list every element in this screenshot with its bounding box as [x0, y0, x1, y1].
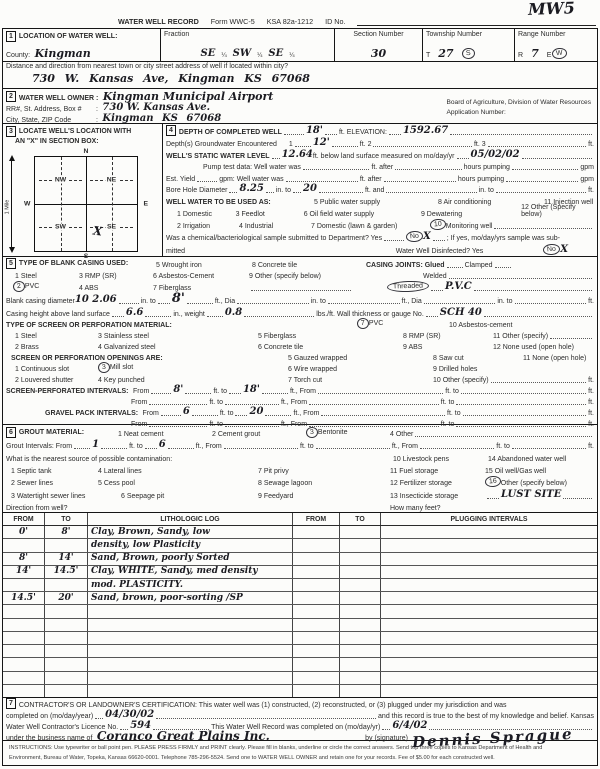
location-title: LOCATION OF WATER WELL:	[19, 33, 118, 40]
instructions-line-2: Environment, Bureau of Water, Topeka, Ka…	[9, 754, 591, 764]
log-to	[45, 539, 88, 551]
plug-from	[293, 553, 340, 565]
contamination-option: 4 Lateral lines	[98, 468, 258, 475]
ft-from-label: ft., From	[290, 388, 316, 395]
dotted-leader	[272, 152, 280, 159]
ft-label: ft.	[588, 298, 594, 305]
direction-from-well-label: Direction from well?	[6, 505, 390, 512]
plug-to	[340, 553, 381, 565]
clamped-option: Clamped	[465, 262, 493, 269]
from-label: From	[143, 410, 159, 417]
dotted-leader	[112, 310, 124, 317]
ft-and-label: ft. and	[365, 187, 384, 194]
plug-from	[293, 579, 340, 591]
log-row: 14'14.5'Clay, WHITE, Sandy, med density	[3, 566, 597, 579]
fraction-cell: Fraction SE¼ SW¼ SE¼	[161, 29, 335, 61]
dotted-leader	[192, 409, 218, 416]
locate-title-2: AN "X" IN SECTION BOX:	[5, 137, 160, 146]
log-row-empty	[3, 632, 597, 645]
casing-title: TYPE OF BLANK CASING USED:	[19, 260, 128, 267]
casing-diameter-label: Blank casing diameter	[6, 298, 75, 305]
quadrant-ne: NE	[105, 177, 118, 184]
grout-interval-to: 6	[159, 440, 166, 450]
township-direction-circled: S	[461, 47, 475, 59]
township-value: 27	[438, 48, 453, 59]
plug-from	[293, 526, 340, 538]
dotted-leader	[149, 398, 207, 405]
business-name-label: under the business name of	[6, 735, 92, 742]
quarter-2: ¼	[257, 53, 262, 59]
section-well-depth: 4DEPTH OF COMPLETED WELL18'ft. ELEVATION…	[163, 124, 597, 256]
plug-from	[293, 539, 340, 551]
compass-north: N	[84, 148, 89, 155]
statute: KSA 82a-1212	[267, 17, 313, 26]
col-lithologic-log: LITHOLOGIC LOG	[88, 513, 293, 525]
fraction-3: SE	[268, 49, 283, 59]
plug-from	[293, 592, 340, 604]
ft-to-label: ft. to	[441, 399, 455, 406]
col-to-2: TO	[340, 513, 381, 525]
log-row: mod. PLASTICITY.	[3, 579, 597, 592]
plug-to	[340, 526, 381, 538]
contamination-option: 5 Cess pool	[98, 480, 258, 487]
ft-dia-label: ft., Dia	[402, 298, 422, 305]
section4-number: 4	[166, 125, 176, 136]
dotted-leader	[328, 297, 400, 304]
dotted-leader	[224, 442, 298, 449]
ft-label: ft.	[588, 141, 594, 148]
quarter-3: ¼	[289, 53, 294, 59]
ft-to-label: ft. to	[129, 443, 143, 450]
log-row: density, low Plasticity	[3, 539, 597, 552]
log-desc: Sand, brown, poor-sorting /SP	[88, 592, 293, 604]
form-number: Form WWC-5	[211, 17, 255, 26]
hours-pumping-label: hours pumping	[464, 164, 510, 171]
owner-city-value: Kingman KS 67068	[102, 114, 221, 124]
opening-option: 8 Saw cut	[433, 355, 523, 362]
dotted-leader	[420, 442, 494, 449]
dotted-leader	[456, 398, 586, 405]
dotted-leader	[284, 128, 304, 135]
screen-pvc-number-circled: 7	[357, 317, 370, 329]
sample-x-mark: X	[423, 232, 431, 242]
lithologic-log-table: FROM TO LITHOLOGIC LOG FROM TO PLUGGING …	[3, 513, 597, 698]
dotted-leader	[229, 186, 237, 193]
log-table-header: FROM TO LITHOLOGIC LOG FROM TO PLUGGING …	[3, 513, 597, 526]
casing-joints-label: CASING JOINTS: Glued	[366, 262, 445, 269]
mill-slot-number-circled: 3	[98, 361, 111, 373]
dotted-leader	[235, 409, 247, 416]
screen-option: 4 Galvanized steel	[98, 344, 258, 351]
dotted-leader	[158, 297, 170, 304]
section2-number: 2	[6, 91, 16, 102]
dotted-leader	[145, 310, 171, 317]
screen-option: 1 Steel	[15, 333, 98, 340]
casing-option: 5 Wrought iron	[156, 262, 252, 269]
owner-address-value: 730 W. Kansas Ave.	[102, 103, 210, 113]
dotted-leader	[262, 387, 288, 394]
colon-2: :	[96, 117, 98, 124]
dotted-leader	[431, 284, 443, 291]
use-option: 7 Domestic (lawn & garden)	[311, 223, 430, 230]
gravel-pack-from: 6	[183, 407, 190, 417]
contamination-option: 13 Insecticide storage	[390, 493, 485, 500]
log-to: 14.5'	[45, 566, 88, 578]
ft-from-label: ft., From	[293, 410, 319, 417]
opening-option: 11 None (open hole)	[523, 355, 586, 362]
quadrant-nw: NW	[53, 177, 68, 184]
how-many-feet-label: How many feet?	[390, 505, 441, 512]
log-row-empty	[3, 645, 597, 658]
dotted-leader	[316, 442, 390, 449]
county-value: Kingman	[35, 48, 91, 59]
ft-to-label: ft. to	[209, 399, 223, 406]
ft-label: ft.	[588, 187, 594, 194]
groundwater-label: Depth(s) Groundwater Encountered	[166, 141, 277, 148]
gravel-pack-label: GRAVEL PACK INTERVALS:	[45, 410, 138, 417]
range-label: Range Number	[518, 31, 594, 38]
groundwater-1-value: 12'	[313, 138, 330, 148]
dotted-leader	[225, 398, 279, 405]
id-label: ID No.	[325, 17, 345, 26]
well-id-handwritten: MW5	[528, 0, 575, 18]
contamination-question: What is the nearest source of possible c…	[6, 456, 393, 463]
ft-label: ft.	[588, 410, 594, 417]
elevation-value: 1592.67	[403, 126, 448, 136]
log-to	[45, 579, 88, 591]
dotted-leader	[74, 442, 90, 449]
in-to-label: in. to	[497, 298, 512, 305]
dotted-leader	[395, 163, 461, 170]
casing-diameter-value: 10 2.06	[75, 295, 117, 305]
section-grid: N S W E NW NE SW	[34, 156, 138, 252]
dotted-leader	[168, 442, 194, 449]
log-desc: Clay, WHITE, Sandy, med density	[88, 566, 293, 578]
section-number-value: 30	[371, 48, 386, 59]
owner-name: Kingman Municipal Airport	[103, 91, 274, 102]
opening-option: 5 Gauzed wrapped	[288, 355, 433, 362]
county-label: County:	[6, 52, 30, 59]
distance-label: Distance and direction from nearest town…	[6, 63, 594, 70]
log-from: 14'	[3, 566, 45, 578]
yield-mid-label: gpm: Well water was	[219, 176, 283, 183]
dotted-leader	[265, 409, 291, 416]
quadrant-se: SE	[105, 224, 118, 231]
dotted-leader	[325, 128, 337, 135]
distance-row: Distance and direction from nearest town…	[3, 62, 597, 89]
sample-no-circled: No	[406, 230, 424, 242]
well-location-x-mark: X	[92, 224, 103, 237]
dotted-leader	[319, 186, 363, 193]
bentonite-number-circled: 3	[306, 426, 319, 438]
sample-tail: ; If yes, mo/day/yrs sample was sub-	[447, 235, 560, 242]
dotted-leader	[415, 430, 592, 437]
section-locate-and-depth: 3LOCATE WELL'S LOCATION WITH AN "X" IN S…	[3, 124, 597, 257]
log-row-empty	[3, 619, 597, 632]
dotted-leader	[487, 492, 499, 499]
plug-desc	[381, 579, 597, 591]
township-prefix: T	[426, 52, 430, 59]
screen-interval-from: 8'	[173, 385, 183, 395]
log-row: 8'14'Sand, Brown, poorly Sorted	[3, 553, 597, 566]
scale-line	[11, 161, 12, 247]
use-label: WELL WATER TO BE USED AS:	[166, 199, 314, 206]
contamination-option: 1 Septic tank	[11, 468, 98, 475]
measured-date-value: 05/02/02	[471, 150, 520, 160]
ft-dia-label: ft., Dia	[215, 298, 235, 305]
water-well-record-form: MW5 WATER WELL RECORD Form WWC-5 KSA 82a…	[0, 0, 600, 769]
after-label: ft. after	[371, 164, 393, 171]
grout-option: 4 Other	[390, 431, 413, 438]
dotted-leader	[512, 163, 578, 170]
certification-text: CONTRACTOR'S OR LANDOWNER'S CERTIFICATIO…	[19, 702, 507, 709]
locate-title-1: LOCATE WELL'S LOCATION WITH	[19, 128, 131, 135]
log-desc: Clay, Brown, Sandy, low	[88, 526, 293, 538]
casing-weight-value: 0.8	[225, 308, 242, 318]
board-of-agriculture-line: Board of Agriculture, Division of Water …	[446, 98, 591, 108]
dotted-leader	[266, 186, 274, 193]
form-title: WATER WELL RECORD	[118, 17, 199, 26]
plug-desc	[381, 566, 597, 578]
plug-desc	[381, 539, 597, 551]
static-water-level-label: WELL'S STATIC WATER LEVEL	[166, 153, 270, 160]
screen-option: 8 RMP (SR)	[403, 333, 493, 340]
dotted-leader	[515, 297, 587, 304]
section5-number: 5	[6, 258, 16, 269]
completed-date-value: 04/30/02	[105, 710, 154, 720]
dotted-leader	[457, 152, 469, 159]
dotted-leader	[207, 310, 223, 317]
dotted-leader	[495, 261, 511, 268]
log-row: 0'8'Clay, Brown, Sandy, low	[3, 526, 597, 539]
dotted-leader	[185, 387, 211, 394]
screen-option: 2 Brass	[15, 344, 98, 351]
township-cell: Township Number T27S	[423, 29, 515, 61]
range-cell: Range Number R7EW	[515, 29, 597, 61]
business-name-value: Coranco Great Plains Inc.	[97, 730, 270, 742]
log-row-empty	[3, 685, 597, 697]
section-number-label: Section Number	[353, 31, 403, 38]
other-contamination-option: Other (specify below)	[501, 480, 567, 487]
section-casing: 5TYPE OF BLANK CASING USED:5 Wrought iro…	[3, 257, 597, 425]
contamination-option: 10 Livestock pens	[393, 456, 488, 463]
dotted-leader	[286, 175, 358, 182]
use-option: 12 Other (Specify below)	[521, 204, 594, 218]
section-owner: 2WATER WELL OWNER : Kingman Municipal Ai…	[3, 89, 597, 124]
signature-label: by (signature)	[365, 735, 408, 742]
threaded-material-value: P.V.C	[445, 282, 472, 292]
log-from: 14.5'	[3, 592, 45, 604]
form-body: 1LOCATION OF WATER WELL: County: Kingman…	[2, 28, 598, 766]
dotted-leader	[550, 332, 592, 339]
hours-pumping-label: hours pumping	[458, 176, 504, 183]
dotted-leader	[386, 186, 476, 193]
log-row-empty	[3, 605, 597, 618]
opening-option: 6 Wire wrapped	[288, 366, 433, 373]
contamination-option: 3 Watertight sewer lines	[11, 493, 121, 500]
completed-on-label: completed on (mo/day/year)	[6, 713, 93, 720]
log-to: 14'	[45, 553, 88, 565]
range-east: E	[547, 52, 552, 59]
gpm-label: gpm	[580, 176, 594, 183]
dotted-leader	[244, 310, 314, 317]
use-option: 6 Oil field water supply	[304, 211, 421, 218]
dotted-leader	[332, 140, 358, 147]
gravel-pack-to: 20	[249, 407, 263, 417]
log-from	[3, 579, 45, 591]
section3-number: 3	[6, 126, 16, 137]
owner-city-label: City, State, ZIP Code	[6, 117, 96, 124]
contamination-option: 7 Pit privy	[258, 468, 390, 475]
compass-east: E	[143, 200, 148, 207]
plug-to	[340, 579, 381, 591]
fraction-2: SW	[233, 49, 251, 59]
dotted-leader	[463, 409, 587, 416]
col-plugging-intervals: PLUGGING INTERVALS	[381, 513, 597, 525]
plug-to	[340, 566, 381, 578]
dotted-leader	[496, 186, 586, 193]
static-water-level-value: 12.64	[282, 150, 313, 160]
use-option: 2 Irrigation	[177, 223, 239, 230]
dotted-leader	[145, 442, 157, 449]
groundwater-1-label: 1	[289, 141, 293, 148]
grout-option: 1 Neat cement	[118, 431, 212, 438]
opening-option: 4 Key punched	[98, 377, 288, 384]
section-grout: 6GROUT MATERIAL:1 Neat cement2 Cement gr…	[3, 425, 597, 513]
ft-to-label: ft. to	[445, 388, 459, 395]
dotted-leader	[237, 297, 309, 304]
compass-west: W	[24, 200, 30, 207]
section-number-cell: Section Number 30	[335, 29, 423, 61]
groundwater-2-label: ft. 2	[360, 141, 372, 148]
plug-to	[340, 539, 381, 551]
form-header: WATER WELL RECORD Form WWC-5 KSA 82a-121…	[118, 17, 596, 26]
col-from-2: FROM	[293, 513, 340, 525]
dotted-leader	[447, 261, 463, 268]
ft-from-label: ft., From	[392, 443, 418, 450]
grout-intervals-label: Grout Intervals: From	[6, 443, 72, 450]
dotted-leader	[389, 128, 401, 135]
in-to-label: in. to	[479, 187, 494, 194]
contamination-option: 11 Fuel storage	[390, 468, 485, 475]
dotted-leader	[156, 712, 376, 719]
dotted-leader	[187, 297, 213, 304]
opening-option: 2 Louvered shutter	[15, 377, 98, 384]
contamination-option: 14 Abandoned water well	[488, 456, 566, 463]
in-to-label: in. to	[276, 187, 291, 194]
use-option: 4 Industrial	[239, 223, 311, 230]
log-from	[3, 539, 45, 551]
after-label: ft. after	[360, 176, 382, 183]
in-to-label: in. to	[141, 298, 156, 305]
bentonite-option: Bentonite	[318, 429, 348, 436]
dotted-leader	[229, 387, 241, 394]
groundwater-3-label: ft. 3	[474, 141, 486, 148]
mile-label: 1 Mile	[4, 198, 10, 217]
dash-line	[112, 157, 113, 251]
section6-number: 6	[6, 427, 16, 438]
dotted-leader	[433, 234, 445, 241]
dotted-leader	[95, 712, 103, 719]
grid-horizontal-line	[35, 204, 137, 205]
certification-text: and this record is true to the best of m…	[378, 713, 594, 720]
ft-label: ft.	[588, 377, 594, 384]
use-option: 3 Feedlot	[236, 211, 304, 218]
casing-option: 3 RMP (SR)	[79, 273, 153, 280]
mill-slot-option: Mill slot	[110, 364, 133, 371]
casing-option: 9 Other (specify below)	[249, 273, 363, 280]
ft-to-label: ft. to	[220, 410, 234, 417]
dotted-leader	[382, 723, 390, 730]
dotted-leader	[474, 284, 592, 291]
section-box-locator: 3LOCATE WELL'S LOCATION WITH AN "X" IN S…	[3, 124, 163, 256]
log-row: 14.5'20'Sand, brown, poor-sorting /SP	[3, 592, 597, 605]
screen-interval-to: 18'	[243, 385, 260, 395]
dotted-leader	[494, 222, 592, 229]
dotted-leader	[161, 409, 181, 416]
use-option: 9 Dewatering	[421, 211, 521, 218]
depth-value: 18'	[306, 126, 323, 136]
in-weight-label: in., weight	[173, 311, 205, 318]
ft-to-label: ft. to	[447, 410, 461, 417]
agency-block: Board of Agriculture, Division of Water …	[446, 98, 591, 118]
screen-option: 11 Other (specify)	[493, 333, 548, 340]
dotted-leader	[506, 175, 578, 182]
section-location: 1LOCATION OF WATER WELL: County: Kingman…	[3, 29, 597, 62]
plug-desc	[381, 553, 597, 565]
log-row-empty	[3, 658, 597, 671]
from-label: From	[133, 388, 149, 395]
in-to-label: in. to	[311, 298, 326, 305]
range-west-circled: W	[552, 47, 568, 59]
grout-option: 2 Cement grout	[212, 431, 306, 438]
dotted-leader	[101, 442, 127, 449]
pvc-option: PVC	[25, 283, 39, 290]
col-to-1: TO	[45, 513, 88, 525]
bore-diameter-value: 8.25	[239, 184, 263, 194]
dotted-leader	[449, 272, 592, 279]
dotted-leader	[303, 163, 369, 170]
bore-hole-label: Bore Hole Diameter	[166, 187, 227, 194]
welded-option: Welded	[423, 273, 447, 280]
log-desc: density, low Plasticity	[88, 539, 293, 551]
log-from: 0'	[3, 526, 45, 538]
log-desc: mod. PLASTICITY.	[88, 579, 293, 591]
screen-pvc-option: PVC	[369, 320, 383, 327]
dotted-leader	[384, 175, 456, 182]
other-contamination-value: LUST SITE	[501, 490, 561, 500]
quadrant-sw: SW	[53, 224, 68, 231]
use-option: 5 Public water supply	[314, 199, 438, 206]
casing-height-value: 6.6	[126, 308, 143, 318]
disinfected-x-mark: X	[560, 245, 568, 255]
dotted-leader	[461, 387, 586, 394]
dash-line	[61, 157, 62, 251]
elevation-label: ft. ELEVATION:	[339, 129, 387, 136]
log-to: 8'	[45, 526, 88, 538]
dotted-leader	[251, 284, 351, 291]
opening-option: 1 Continuous slot	[15, 366, 98, 373]
other-contamination-number-circled: 16	[485, 475, 502, 487]
use-option: 1 Domestic	[177, 211, 236, 218]
fraction-label: Fraction	[164, 31, 331, 38]
dotted-leader	[484, 310, 592, 317]
opening-option: 10 Other (specify)	[433, 377, 489, 384]
dotted-leader	[321, 409, 445, 416]
owner-address-label: RR#, St. Address, Box #	[6, 106, 96, 113]
contamination-option: 12 Fertilizer storage	[390, 480, 485, 487]
pvc-number-circled: 2	[13, 280, 26, 292]
